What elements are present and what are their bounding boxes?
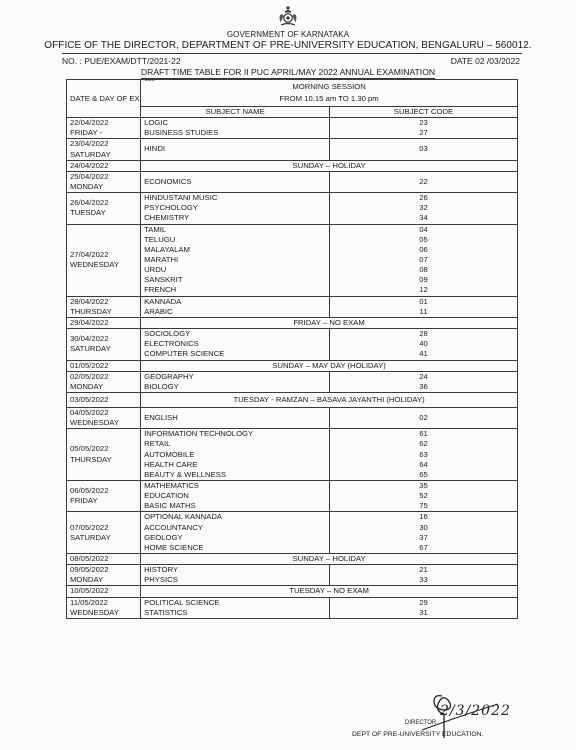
exam-day: SATURDAY	[70, 150, 137, 160]
subject-name: FRENCH	[144, 285, 326, 295]
subject-name: SANSKRIT	[144, 275, 326, 285]
subject-codes: 355275	[330, 480, 518, 511]
subject-name: MATHEMATICS	[144, 481, 326, 491]
exam-day: WEDNESDAY	[70, 260, 137, 270]
government-heading: GOVERNMENT OF KARNATAKA	[0, 30, 576, 39]
exam-day: FRIDAY -	[70, 128, 137, 138]
subject-names: KANNADAARABIC	[141, 296, 330, 317]
date-cell: 10/05/2022	[67, 586, 141, 597]
subject-code: 63	[333, 450, 514, 460]
exam-day: WEDNESDAY	[70, 608, 137, 618]
subject-names: POLITICAL SCIENCESTATISTICS	[141, 597, 330, 618]
subject-code: 75	[333, 501, 514, 511]
exam-day: SATURDAY	[70, 344, 137, 354]
subject-names: GEOGRAPHYBIOLOGY	[141, 371, 330, 392]
date-cell: 07/05/2022SATURDAY	[67, 512, 141, 554]
exam-day: FRIDAY	[70, 496, 137, 506]
header-divider	[62, 53, 522, 54]
subject-codes: 02	[330, 407, 518, 428]
subject-name: HOME SCIENCE	[144, 543, 326, 553]
table-row: 10/05/2022TUESDAY – NO EXAM	[67, 586, 518, 597]
exam-day: TUESDAY	[70, 208, 137, 218]
subject-codes: 0111	[330, 296, 518, 317]
timetable: DATE & DAY OF EXAMINATION MORNING SESSIO…	[66, 79, 518, 619]
exam-date: 03/05/2022	[70, 393, 137, 407]
exam-date: 29/04/2022	[70, 318, 137, 328]
subject-name: TELUGU	[144, 235, 326, 245]
subject-names: SOCIOLOGYELECTRONICSCOMPUTER SCIENCE	[141, 329, 330, 360]
table-row: 23/04/2022SATURDAYHINDI03	[67, 139, 518, 160]
subject-code: 22	[333, 172, 514, 192]
exam-date: 11/05/2022	[70, 598, 137, 608]
subject-code: 36	[333, 382, 514, 392]
table-row: 29/04/2022FRIDAY – NO EXAM	[67, 317, 518, 328]
exam-date: 10/05/2022	[70, 586, 137, 596]
signatory-designation: DIRECTOR	[405, 720, 436, 726]
date-cell: 29/04/2022	[67, 317, 141, 328]
subject-code: 64	[333, 460, 514, 470]
subject-code: 65	[333, 470, 514, 480]
office-heading: OFFICE OF THE DIRECTOR, DEPARTMENT OF PR…	[0, 40, 576, 51]
subject-name: GEOGRAPHY	[144, 372, 326, 382]
table-row: 30/04/2022SATURDAYSOCIOLOGYELECTRONICSCO…	[67, 329, 518, 360]
subject-names: HINDUSTANI MUSICPSYCHOLOGYCHEMISTRY	[141, 193, 330, 224]
exam-day: SATURDAY	[70, 533, 137, 543]
subject-names: OPTIONAL KANNADAACCOUNTANCYGEOLOGYHOME S…	[141, 512, 330, 554]
exam-date: 01/05/2022	[70, 361, 137, 371]
subject-name: AUTOMOBILE	[144, 450, 326, 460]
subject-names: INFORMATION TECHNOLOGYRETAILAUTOMOBILEHE…	[141, 429, 330, 481]
session-time: FROM 10.15 am TO 1.30 pm	[144, 93, 514, 105]
table-row: 05/05/2022THURSDAYINFORMATION TECHNOLOGY…	[67, 429, 518, 481]
subject-name: RETAIL	[144, 439, 326, 449]
table-row: 02/05/2022MONDAYGEOGRAPHYBIOLOGY2436	[67, 371, 518, 392]
handwritten-date: 2/3/2022	[440, 703, 511, 719]
document-title-text: DRAFT TIME TABLE FOR II PUC APRIL/MAY 20…	[141, 67, 435, 79]
subject-code: 09	[333, 275, 514, 285]
subject-name: COMPUTER SCIENCE	[144, 349, 326, 359]
subject-names: HINDI	[141, 139, 330, 160]
subject-codes: 2327	[330, 118, 518, 139]
subject-name: BASIC MATHS	[144, 501, 326, 511]
subject-codes: 2931	[330, 597, 518, 618]
table-row: 11/05/2022WEDNESDAYPOLITICAL SCIENCESTAT…	[67, 597, 518, 618]
date-cell: 24/04/2022	[67, 160, 141, 171]
subject-name: KANNADA	[144, 297, 326, 307]
date-cell: 30/04/2022SATURDAY	[67, 329, 141, 360]
exam-day: THURSDAY	[70, 307, 137, 317]
table-row: 03/05/2022TUESDAY - RAMZAN – BASAVA JAYA…	[67, 392, 518, 407]
date-cell: 09/05/2022MONDAY	[67, 565, 141, 586]
subject-name: INFORMATION TECHNOLOGY	[144, 429, 326, 439]
exam-day: MONDAY	[70, 575, 137, 585]
subject-codes: 03	[330, 139, 518, 160]
header-date-day: DATE & DAY OF EXAMINATION	[67, 80, 141, 118]
exam-date: 02/05/2022	[70, 372, 137, 382]
subject-code: 67	[333, 543, 514, 553]
date-cell: 11/05/2022WEDNESDAY	[67, 597, 141, 618]
subject-code: 24	[333, 372, 514, 382]
subject-name: ECONOMICS	[144, 172, 326, 192]
subject-code: 05	[333, 235, 514, 245]
exam-date: 24/04/2022	[70, 161, 137, 171]
subject-name: ACCOUNTANCY	[144, 523, 326, 533]
subject-code: 04	[333, 225, 514, 235]
subject-code: 16	[333, 512, 514, 522]
exam-date: 09/05/2022	[70, 565, 137, 575]
date-cell: 08/05/2022	[67, 553, 141, 564]
subject-names: ECONOMICS	[141, 171, 330, 192]
holiday-note: TUESDAY – NO EXAM	[141, 586, 518, 597]
subject-name: POLITICAL SCIENCE	[144, 598, 326, 608]
date-cell: 27/04/2022WEDNESDAY	[67, 224, 141, 296]
subject-code: 11	[333, 307, 514, 317]
subject-code: 32	[333, 203, 514, 213]
date-cell: 04/05/2022WEDNESDAY	[67, 407, 141, 428]
subject-code: 62	[333, 439, 514, 449]
subject-codes: 16303767	[330, 512, 518, 554]
subject-code: 29	[333, 598, 514, 608]
table-row: 25/04/2022MONDAYECONOMICS22	[67, 171, 518, 192]
subject-name: CHEMISTRY	[144, 213, 326, 223]
subject-code: 26	[333, 193, 514, 203]
subject-code: 34	[333, 213, 514, 223]
date-cell: 26/04/2022TUESDAY	[67, 193, 141, 224]
subject-name: OPTIONAL KANNADA	[144, 512, 326, 522]
subject-code: 52	[333, 491, 514, 501]
date-cell: 28/04/2022THURSDAY	[67, 296, 141, 317]
subject-name: HINDI	[144, 139, 326, 159]
subject-names: HISTORYPHYSICS	[141, 565, 330, 586]
subject-name: ENGLISH	[144, 408, 326, 428]
subject-name: HEALTH CARE	[144, 460, 326, 470]
subject-code: 61	[333, 429, 514, 439]
exam-date: 07/05/2022	[70, 523, 137, 533]
subject-code: 01	[333, 297, 514, 307]
exam-day: THURSDAY	[70, 455, 137, 465]
exam-date: 05/05/2022	[70, 444, 137, 454]
subject-code: 06	[333, 245, 514, 255]
subject-code: 21	[333, 565, 514, 575]
table-row: 08/05/2022SUNDAY – HOLIDAY	[67, 553, 518, 564]
subject-code: 33	[333, 575, 514, 585]
subject-name: BIOLOGY	[144, 382, 326, 392]
subject-name: BUSINESS STUDIES	[144, 128, 326, 138]
exam-date: 23/04/2022	[70, 139, 137, 149]
table-row: 06/05/2022FRIDAYMATHEMATICSEDUCATIONBASI…	[67, 480, 518, 511]
header-subject-name: SUBJECT NAME	[141, 107, 330, 118]
document-date: DATE 02 /03/2022	[451, 56, 520, 66]
subject-code: 28	[333, 329, 514, 339]
reference-number: NO. : PUE/EXAM/DTT/2021-22	[62, 56, 181, 66]
subject-codes: 04050607080912	[330, 224, 518, 296]
exam-date: 30/04/2022	[70, 334, 137, 344]
exam-date: 28/04/2022	[70, 297, 137, 307]
table-row: 26/04/2022TUESDAYHINDUSTANI MUSICPSYCHOL…	[67, 193, 518, 224]
subject-names: TAMILTELUGUMALAYALAMMARATHIURDUSANSKRITF…	[141, 224, 330, 296]
subject-code: 41	[333, 349, 514, 359]
date-cell: 02/05/2022MONDAY	[67, 371, 141, 392]
table-row: 22/04/2022FRIDAY -LOGICBUSINESS STUDIES2…	[67, 118, 518, 139]
table-row: 09/05/2022MONDAYHISTORYPHYSICS2133	[67, 565, 518, 586]
table-row: 04/05/2022WEDNESDAYENGLISH02	[67, 407, 518, 428]
holiday-note: TUESDAY - RAMZAN – BASAVA JAYANTHI (HOLI…	[141, 392, 518, 407]
karnataka-emblem-icon	[276, 4, 300, 28]
date-cell: 01/05/2022	[67, 360, 141, 371]
subject-codes: 6162636465	[330, 429, 518, 481]
subject-codes: 2133	[330, 565, 518, 586]
date-cell: 05/05/2022THURSDAY	[67, 429, 141, 481]
subject-names: MATHEMATICSEDUCATIONBASIC MATHS	[141, 480, 330, 511]
subject-name: SOCIOLOGY	[144, 329, 326, 339]
exam-date: 06/05/2022	[70, 486, 137, 496]
header-session: MORNING SESSION FROM 10.15 am TO 1.30 pm	[141, 80, 518, 107]
subject-name: PSYCHOLOGY	[144, 203, 326, 213]
subject-name: MALAYALAM	[144, 245, 326, 255]
exam-day: WEDNESDAY	[70, 418, 137, 428]
exam-date: 26/04/2022	[70, 198, 137, 208]
subject-name: EDUCATION	[144, 491, 326, 501]
exam-date: 04/05/2022	[70, 408, 137, 418]
session-label: MORNING SESSION	[144, 81, 514, 93]
subject-code: 35	[333, 481, 514, 491]
date-cell: 22/04/2022FRIDAY -	[67, 118, 141, 139]
subject-codes: 2436	[330, 371, 518, 392]
exam-date: 22/04/2022	[70, 118, 137, 128]
subject-code: 31	[333, 608, 514, 618]
subject-code: 40	[333, 339, 514, 349]
subject-codes: 263234	[330, 193, 518, 224]
header-subject-code: SUBJECT CODE	[330, 107, 518, 118]
table-row: 28/04/2022THURSDAYKANNADAARABIC0111	[67, 296, 518, 317]
subject-name: BEAUTY & WELLNESS	[144, 470, 326, 480]
subject-name: HINDUSTANI MUSIC	[144, 193, 326, 203]
exam-day: MONDAY	[70, 382, 137, 392]
signatory-department: DEPT OF PRE-UNIVERSITY EDUCATION.	[352, 731, 483, 738]
subject-name: TAMIL	[144, 225, 326, 235]
holiday-note: SUNDAY – MAY DAY (HOLIDAY)	[141, 360, 518, 371]
date-cell: 06/05/2022FRIDAY	[67, 480, 141, 511]
subject-name: STATISTICS	[144, 608, 326, 618]
document-page: GOVERNMENT OF KARNATAKA OFFICE OF THE DI…	[0, 0, 576, 750]
table-row: 01/05/2022SUNDAY – MAY DAY (HOLIDAY)	[67, 360, 518, 371]
holiday-note: FRIDAY – NO EXAM	[141, 317, 518, 328]
holiday-note: SUNDAY – HOLIDAY	[141, 160, 518, 171]
subject-code: 08	[333, 265, 514, 275]
table-row: 27/04/2022WEDNESDAYTAMILTELUGUMALAYALAMM…	[67, 224, 518, 296]
subject-codes: 284041	[330, 329, 518, 360]
subject-name: LOGIC	[144, 118, 326, 128]
exam-date: 08/05/2022	[70, 554, 137, 564]
document-title: DRAFT TIME TABLE FOR II PUC APRIL/MAY 20…	[0, 67, 576, 77]
subject-name: ARABIC	[144, 307, 326, 317]
subject-code: 07	[333, 255, 514, 265]
subject-codes: 22	[330, 171, 518, 192]
subject-name: ELECTRONICS	[144, 339, 326, 349]
subject-name: HISTORY	[144, 565, 326, 575]
subject-name: PHYSICS	[144, 575, 326, 585]
date-cell: 23/04/2022SATURDAY	[67, 139, 141, 160]
holiday-note: SUNDAY – HOLIDAY	[141, 553, 518, 564]
date-cell: 03/05/2022	[67, 392, 141, 407]
subject-code: 03	[333, 139, 514, 159]
subject-code: 37	[333, 533, 514, 543]
subject-name: URDU	[144, 265, 326, 275]
exam-day: MONDAY	[70, 182, 137, 192]
table-row: 07/05/2022SATURDAYOPTIONAL KANNADAACCOUN…	[67, 512, 518, 554]
exam-date: 27/04/2022	[70, 250, 137, 260]
date-cell: 25/04/2022MONDAY	[67, 171, 141, 192]
subject-name: GEOLOGY	[144, 533, 326, 543]
subject-code: 30	[333, 523, 514, 533]
subject-name: MARATHI	[144, 255, 326, 265]
subject-names: ENGLISH	[141, 407, 330, 428]
subject-code: 02	[333, 408, 514, 428]
subject-code: 23	[333, 118, 514, 128]
subject-names: LOGICBUSINESS STUDIES	[141, 118, 330, 139]
exam-date: 25/04/2022	[70, 172, 137, 182]
table-row: 24/04/2022SUNDAY – HOLIDAY	[67, 160, 518, 171]
subject-code: 27	[333, 128, 514, 138]
subject-code: 12	[333, 285, 514, 295]
